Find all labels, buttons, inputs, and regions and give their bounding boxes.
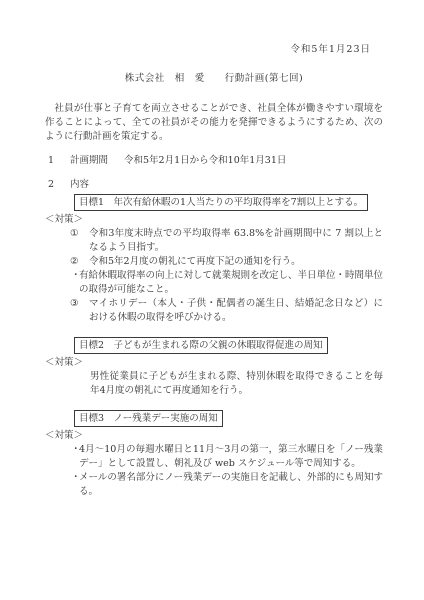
goal-1-measures-label: ＜対策＞ [45,213,383,227]
circled-number-1-marker: ① [70,227,89,255]
contents-label: 内容 [70,178,89,192]
goal-section-2: 目標2 子どもが生まれる際の父親の休暇取得促進の周知 ＜対策＞ 男性従業員に子ど… [45,337,383,398]
goal-3-heading: 目標3 ノー残業デー実施の周知 [74,410,223,427]
measure-text: マイホリデー（本人・子供・配偶者の誕生日、結婚記念日など）における休暇の取得を呼… [89,297,383,325]
plan-period-number: 1 [48,154,70,168]
measure-text: 令和5年2月度の朝礼にて再度下記の通知を行う。 [89,255,383,269]
goal-2-measures-label: ＜対策＞ [45,356,383,370]
bullet-marker: ・ [71,443,79,471]
measure-text: 有給休暇取得率の向上に対して就業規則を改定し、半日単位・時間単位の取得が可能なこ… [79,269,383,297]
goal-1-measure-1: ① 令和3年度末時点での平均取得率 63.8%を計画期間中に 7 割以上となるよ… [70,227,383,255]
goal-3-measure-2: ・ メールの署名部分にノー残業デーの実施日を記載し、外部的にも周知する。 [71,471,383,499]
goal-2-heading: 目標2 子どもが生まれる際の父親の休暇取得促進の周知 [74,337,328,354]
measure-text: 4月～10月の毎週水曜日と11月～3月の第一，第三水曜日を「ノー残業デー」として… [79,443,383,471]
measure-text: 男性従業員に子どもが生まれる際、特別休暇を取得できることを毎年4月度の朝礼にて再… [90,370,383,398]
circled-number-2-marker: ② [70,255,89,269]
goal-section-1: 目標1 年次有給休暇の1人当たりの平均取得率を7割以上とする。 ＜対策＞ ① 令… [45,194,383,325]
goal-1-measure-2: ② 令和5年2月度の朝礼にて再度下記の通知を行う。 [70,255,383,269]
goal-3-measure-1: ・ 4月～10月の毎週水曜日と11月～3月の第一，第三水曜日を「ノー残業デー」と… [71,443,383,471]
measure-text: 令和3年度末時点での平均取得率 63.8%を計画期間中に 7 割以上となるよう目… [89,227,383,255]
document-page: 令和5年1月23日 株式会社 相 愛 行動計画(第七回) 社員が仕事と子育てを両… [0,0,424,600]
goal-3-measures-label: ＜対策＞ [45,429,383,443]
contents-number: 2 [48,178,70,192]
intro-paragraph: 社員が仕事と子育てを両立させることができ、社員全体が働きやすい環境を作ることによ… [45,102,383,144]
document-title: 株式会社 相 愛 行動計画(第七回) [45,72,383,86]
plan-period-value: 令和5年2月1日から令和10年1月31日 [124,154,286,168]
contents-line: 2 内容 [45,178,383,192]
goal-2-measure-1: 男性従業員に子どもが生まれる際、特別休暇を取得できることを毎年4月度の朝礼にて再… [90,370,383,398]
goal-1-measure-3: ③ マイホリデー（本人・子供・配偶者の誕生日、結婚記念日など）における休暇の取得… [70,297,383,325]
goal-1-heading: 目標1 年次有給休暇の1人当たりの平均取得率を7割以上とする。 [74,194,368,211]
measure-text: メールの署名部分にノー残業デーの実施日を記載し、外部的にも周知する。 [79,471,383,499]
document-date: 令和5年1月23日 [45,43,371,57]
goal-section-3: 目標3 ノー残業デー実施の周知 ＜対策＞ ・ 4月～10月の毎週水曜日と11月～… [45,410,383,499]
circled-number-3-marker: ③ [70,297,89,325]
plan-period-line: 1 計画期間 令和5年2月1日から令和10年1月31日 [45,154,383,168]
plan-period-label: 計画期間 [70,154,108,168]
bullet-marker: ・ [71,269,79,297]
bullet-marker: ・ [71,471,79,499]
goal-1-measure-2-subnote: ・ 有給休暇取得率の向上に対して就業規則を改定し、半日単位・時間単位の取得が可能… [71,269,383,297]
